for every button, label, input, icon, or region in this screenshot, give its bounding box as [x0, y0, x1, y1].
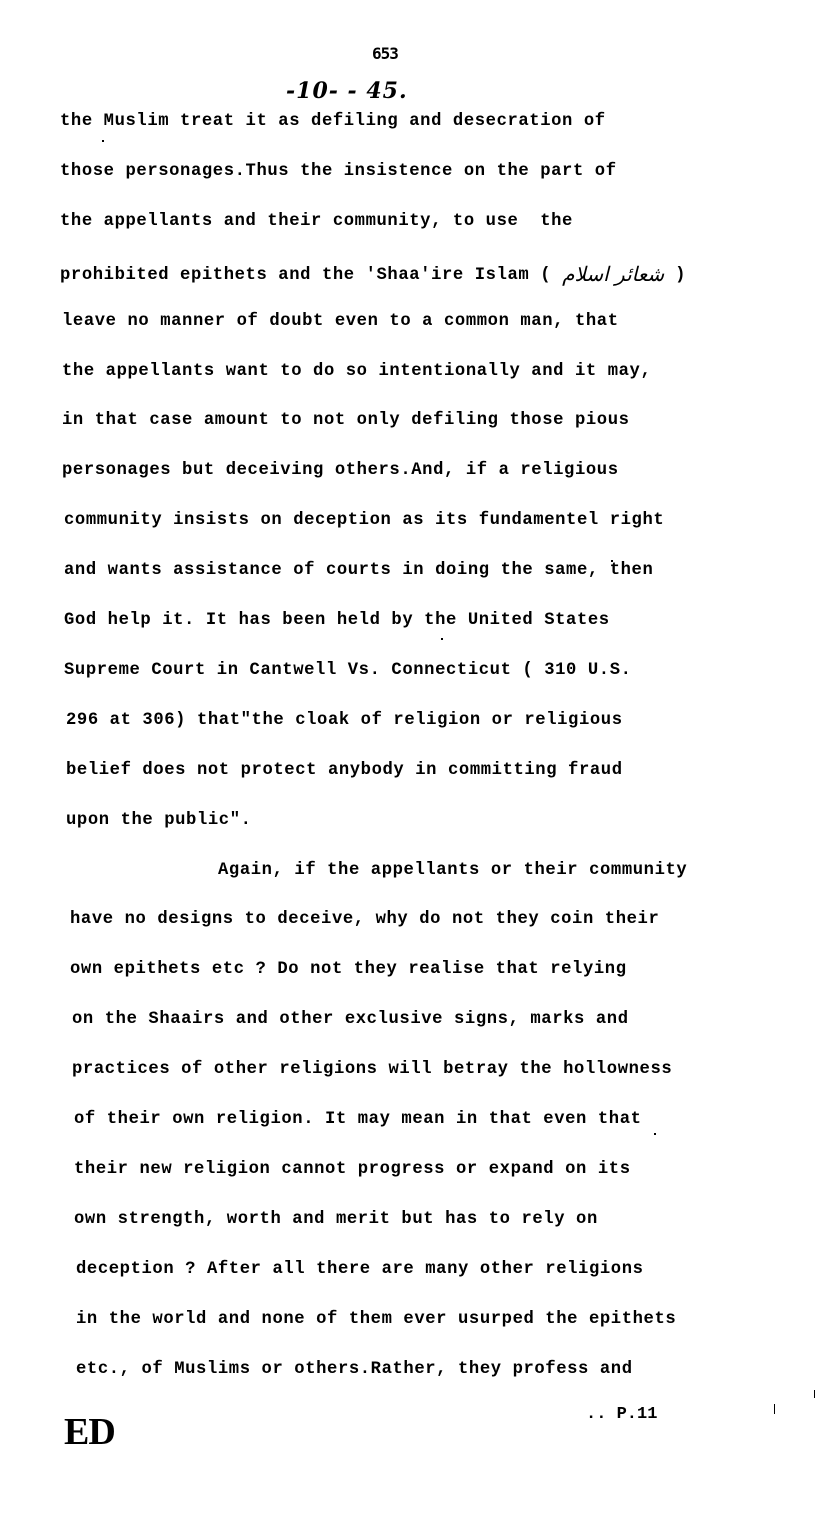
line-text: the appellants and their community, to u… — [60, 212, 573, 231]
document-line: the appellants and their community, to u… — [60, 212, 573, 232]
document-line: own epithets etc ? Do not they realise t… — [70, 960, 627, 980]
line-text: and wants assistance of courts in doing … — [64, 561, 653, 580]
document-line: Again, if the appellants or their commun… — [218, 861, 687, 881]
line-text: personages but deceiving others.And, if … — [62, 461, 619, 480]
scan-speck — [814, 1390, 815, 1398]
document-line: Supreme Court in Cantwell Vs. Connecticu… — [64, 661, 632, 681]
line-text: of their own religion. It may mean in th… — [74, 1110, 642, 1129]
line-text: the appellants want to do so intentional… — [62, 362, 651, 381]
document-line: deception ? After all there are many oth… — [76, 1260, 644, 1280]
line-text: leave no manner of doubt even to a commo… — [62, 312, 619, 331]
document-line: practices of other religions will betray… — [72, 1060, 672, 1080]
handwritten-reference: -10- - 45. — [286, 78, 408, 104]
line-text: deception ? After all there are many oth… — [76, 1260, 644, 1279]
line-text-after: ) — [664, 266, 686, 285]
document-line: have no designs to deceive, why do not t… — [70, 910, 659, 930]
scan-speck — [774, 1404, 775, 1414]
line-text: in the world and none of them ever usurp… — [76, 1310, 676, 1329]
document-line: 296 at 306) that"the cloak of religion o… — [66, 711, 623, 731]
line-text: their new religion cannot progress or ex… — [74, 1160, 631, 1179]
document-page: 653 -10- - 45. the Muslim treat it as de… — [0, 0, 840, 1540]
document-line: upon the public". — [66, 811, 252, 831]
line-text: upon the public". — [66, 811, 252, 830]
line-text: have no designs to deceive, why do not t… — [70, 910, 659, 929]
line-text: 296 at 306) that"the cloak of religion o… — [66, 711, 623, 730]
scan-speck — [611, 560, 613, 562]
document-line: etc., of Muslims or others.Rather, they … — [76, 1360, 633, 1380]
document-line: belief does not protect anybody in commi… — [66, 761, 623, 781]
footer-initials: ED — [64, 1410, 115, 1454]
line-text: on the Shaairs and other exclusive signs… — [72, 1010, 629, 1029]
line-text: Again, if the appellants or their commun… — [218, 861, 687, 880]
document-line: those personages.Thus the insistence on … — [60, 162, 617, 182]
line-text: those personages.Thus the insistence on … — [60, 162, 617, 181]
document-line: in the world and none of them ever usurp… — [76, 1310, 676, 1330]
scan-speck — [102, 140, 104, 142]
line-text: belief does not protect anybody in commi… — [66, 761, 623, 780]
document-line: God help it. It has been held by the Uni… — [64, 611, 610, 631]
page-number: 653 — [372, 44, 398, 63]
document-line: and wants assistance of courts in doing … — [64, 561, 653, 581]
line-text: own epithets etc ? Do not they realise t… — [70, 960, 627, 979]
document-line: in that case amount to not only defiling… — [62, 411, 630, 431]
document-line: community insists on deception as its fu… — [64, 511, 664, 531]
document-line: leave no manner of doubt even to a commo… — [62, 312, 619, 332]
document-line: the appellants want to do so intentional… — [62, 362, 651, 382]
scan-speck — [654, 1133, 656, 1135]
document-line: the Muslim treat it as defiling and dese… — [60, 112, 606, 132]
line-text: in that case amount to not only defiling… — [62, 411, 630, 430]
document-line: their new religion cannot progress or ex… — [74, 1160, 631, 1180]
urdu-handwriting: شعائر اسلام — [562, 264, 664, 284]
line-text: own strength, worth and merit but has to… — [74, 1210, 598, 1229]
line-text: etc., of Muslims or others.Rather, they … — [76, 1360, 633, 1379]
line-text: community insists on deception as its fu… — [64, 511, 664, 530]
document-line: personages but deceiving others.And, if … — [62, 461, 619, 481]
line-text: prohibited epithets and the 'Shaa'ire Is… — [60, 266, 562, 285]
line-text: the Muslim treat it as defiling and dese… — [60, 112, 606, 131]
scan-speck — [441, 638, 443, 640]
document-line: own strength, worth and merit but has to… — [74, 1210, 598, 1230]
document-line: on the Shaairs and other exclusive signs… — [72, 1010, 629, 1030]
document-line: prohibited epithets and the 'Shaa'ire Is… — [60, 262, 686, 286]
document-line: of their own religion. It may mean in th… — [74, 1110, 642, 1130]
line-text: God help it. It has been held by the Uni… — [64, 611, 610, 630]
line-text: practices of other religions will betray… — [72, 1060, 672, 1079]
line-text: Supreme Court in Cantwell Vs. Connecticu… — [64, 661, 632, 680]
continuation-marker: .. P.11 — [586, 1405, 657, 1424]
